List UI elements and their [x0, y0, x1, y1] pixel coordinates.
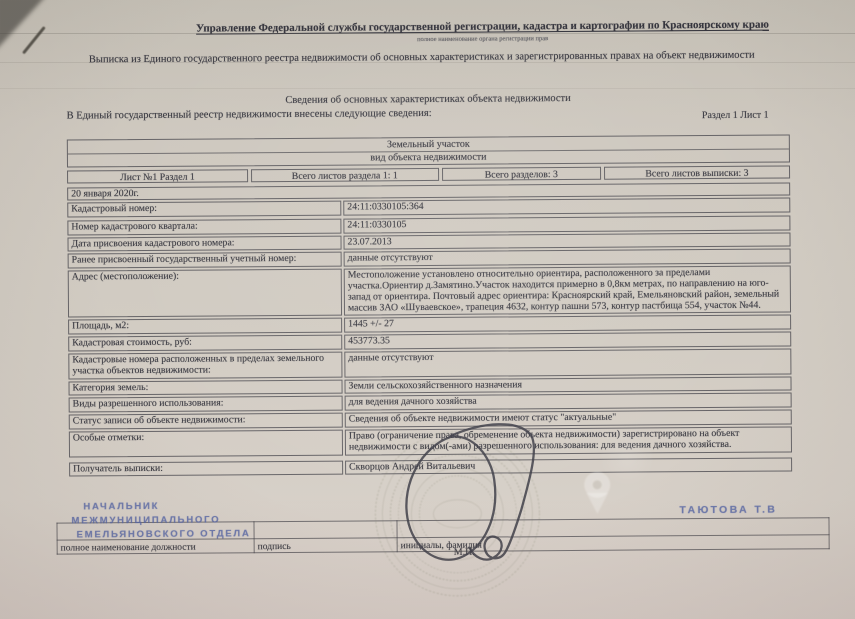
- record-label: Площадь, м2:: [68, 318, 342, 335]
- record-label: Статус записи об объекте недвижимости:: [69, 413, 343, 430]
- authority-title: Управление Федеральной службы государств…: [66, 18, 789, 35]
- photo-corner-shadow: [0, 0, 46, 50]
- sheet-info-cell: Лист №1 Раздел 1: [67, 169, 248, 183]
- record-label: Дата присвоения кадастрового номера:: [67, 235, 341, 252]
- record-value: 453773.35: [344, 332, 791, 350]
- position-stamp-line: ЕМЕЛЬЯНОВСКОГО ОТДЕЛА: [77, 528, 251, 540]
- record-label: Номер кадастрового квартала:: [67, 218, 341, 235]
- record-value: 1445 +/- 27: [344, 315, 791, 333]
- record-value: 24:11:0330105:364: [343, 197, 790, 215]
- document-title: Выписка из Единого государственного реес…: [60, 50, 783, 66]
- record-label: Кадастровая стоимость, руб:: [68, 335, 342, 352]
- scanned-document-photo: Управление Федеральной службы государств…: [0, 0, 855, 619]
- object-type-box: Земельный участок вид объекта недвижимос…: [67, 134, 790, 167]
- record-row: Кадастровый номер: 24:11:0330105:364: [67, 197, 790, 217]
- record-value: 23.07.2013: [343, 232, 790, 250]
- position-stamp-line: НАЧАЛЬНИК: [83, 501, 159, 513]
- record-value: 24:11:0330105: [343, 215, 790, 233]
- record-value: Местоположение установлено относительно …: [344, 266, 791, 316]
- document-content: Управление Федеральной службы государств…: [0, 0, 855, 619]
- record-label: Получатель выписки:: [69, 460, 343, 477]
- record-label: Особые отметки:: [69, 430, 343, 458]
- section-title: Сведения об основных характеристиках объ…: [67, 91, 790, 107]
- sheet-info-row: Лист №1 Раздел 1 Всего листов раздела 1:…: [67, 165, 790, 183]
- handwritten-signature: [381, 419, 562, 585]
- position-stamp-line: МЕЖМУНИЦИПАЛЬНОГО: [71, 514, 220, 526]
- record-value: Земли сельскохозяйственного назначения: [344, 376, 791, 394]
- record-label: Кадастровый номер:: [67, 201, 341, 218]
- record-label: Виды разрешенного использования:: [69, 396, 343, 413]
- sheet-info-cell: Всего листов раздела 1: 1: [251, 168, 439, 182]
- sheet-info-cell: Всего листов выписки: 3: [604, 165, 790, 179]
- sheet-info-cell: Всего разделов: 3: [442, 167, 601, 181]
- record-label: Ранее присвоенный государственный учетны…: [68, 252, 342, 269]
- record-label: Категория земель:: [68, 379, 342, 396]
- location-pin-watermark-icon: [578, 469, 618, 515]
- record-value: данные отсутствуют: [344, 348, 791, 377]
- authority-caption: полное наименование органа регистрации п…: [66, 33, 789, 45]
- record-value: для ведения дачного хозяйства: [345, 393, 792, 411]
- record-label: Адрес (местоположение):: [68, 269, 342, 318]
- record-label: Кадастровые номера расположенных в преде…: [68, 352, 342, 380]
- name-stamp: ТАЮТОВА Т.В: [679, 504, 777, 517]
- caption-position: полное наименование должности: [57, 539, 254, 554]
- record-value: данные отсутствуют: [344, 249, 791, 267]
